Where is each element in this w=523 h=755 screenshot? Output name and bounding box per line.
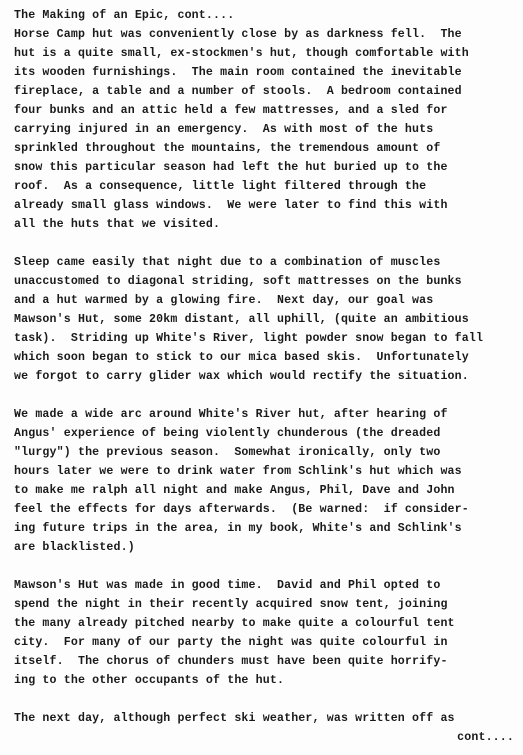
text-line: we forgot to carry glider wax which woul… [14,367,514,386]
text-line: Angus' experience of being violently chu… [14,424,514,443]
text-line: carrying injured in an emergency. As wit… [14,120,514,139]
paragraph-gap [14,234,514,253]
text-line: its wooden furnishings. The main room co… [14,63,514,82]
text-line: ing to the other occupants of the hut. [14,671,514,690]
paragraph-whites-river: We made a wide arc around White's River … [14,405,514,557]
text-line: Mawson's Hut was made in good time. Davi… [14,576,514,595]
text-line: hours later we were to drink water from … [14,462,514,481]
text-line: roof. As a consequence, little light fil… [14,177,514,196]
text-line: to make me ralph all night and make Angu… [14,481,514,500]
text-line: are blacklisted.) [14,538,514,557]
paragraph-gap [14,690,514,709]
text-line: task). Striding up White's River, light … [14,329,514,348]
text-line: the many already pitched nearby to make … [14,614,514,633]
text-line: feel the effects for days afterwards. (B… [14,500,514,519]
paragraph-gap [14,557,514,576]
text-line: Sleep came easily that night due to a co… [14,253,514,272]
continuation-marker: cont.... [14,728,514,747]
text-line: ing future trips in the area, in my book… [14,519,514,538]
text-line: hut is a quite small, ex-stockmen's hut,… [14,44,514,63]
document-title: The Making of an Epic, cont.... [14,6,514,25]
text-line: fireplace, a table and a number of stool… [14,82,514,101]
text-line: snow this particular season had left the… [14,158,514,177]
paragraph-next-day: The next day, although perfect ski weath… [14,709,514,728]
paragraph-gap [14,386,514,405]
text-line: "lurgy") the previous season. Somewhat i… [14,443,514,462]
text-line: sprinkled throughout the mountains, the … [14,139,514,158]
text-line: Mawson's Hut, some 20km distant, all uph… [14,310,514,329]
text-line: unaccustomed to diagonal striding, soft … [14,272,514,291]
text-line: and a hut warmed by a glowing fire. Next… [14,291,514,310]
paragraph-mawsons-hut: Mawson's Hut was made in good time. Davi… [14,576,514,690]
text-line: spend the night in their recently acquir… [14,595,514,614]
paragraph-sleep: Sleep came easily that night due to a co… [14,253,514,386]
text-line: itself. The chorus of chunders must have… [14,652,514,671]
typewritten-page: The Making of an Epic, cont.... Horse Ca… [0,0,523,755]
text-line: four bunks and an attic held a few mattr… [14,101,514,120]
document-body: The Making of an Epic, cont.... Horse Ca… [14,6,514,747]
paragraph-horse-camp: Horse Camp hut was conveniently close by… [14,25,514,234]
text-line: The next day, although perfect ski weath… [14,709,514,728]
text-line: which soon began to stick to our mica ba… [14,348,514,367]
text-line: all the huts that we visited. [14,215,514,234]
text-line: already small glass windows. We were lat… [14,196,514,215]
text-line: Horse Camp hut was conveniently close by… [14,25,514,44]
text-line: We made a wide arc around White's River … [14,405,514,424]
text-line: city. For many of our party the night wa… [14,633,514,652]
